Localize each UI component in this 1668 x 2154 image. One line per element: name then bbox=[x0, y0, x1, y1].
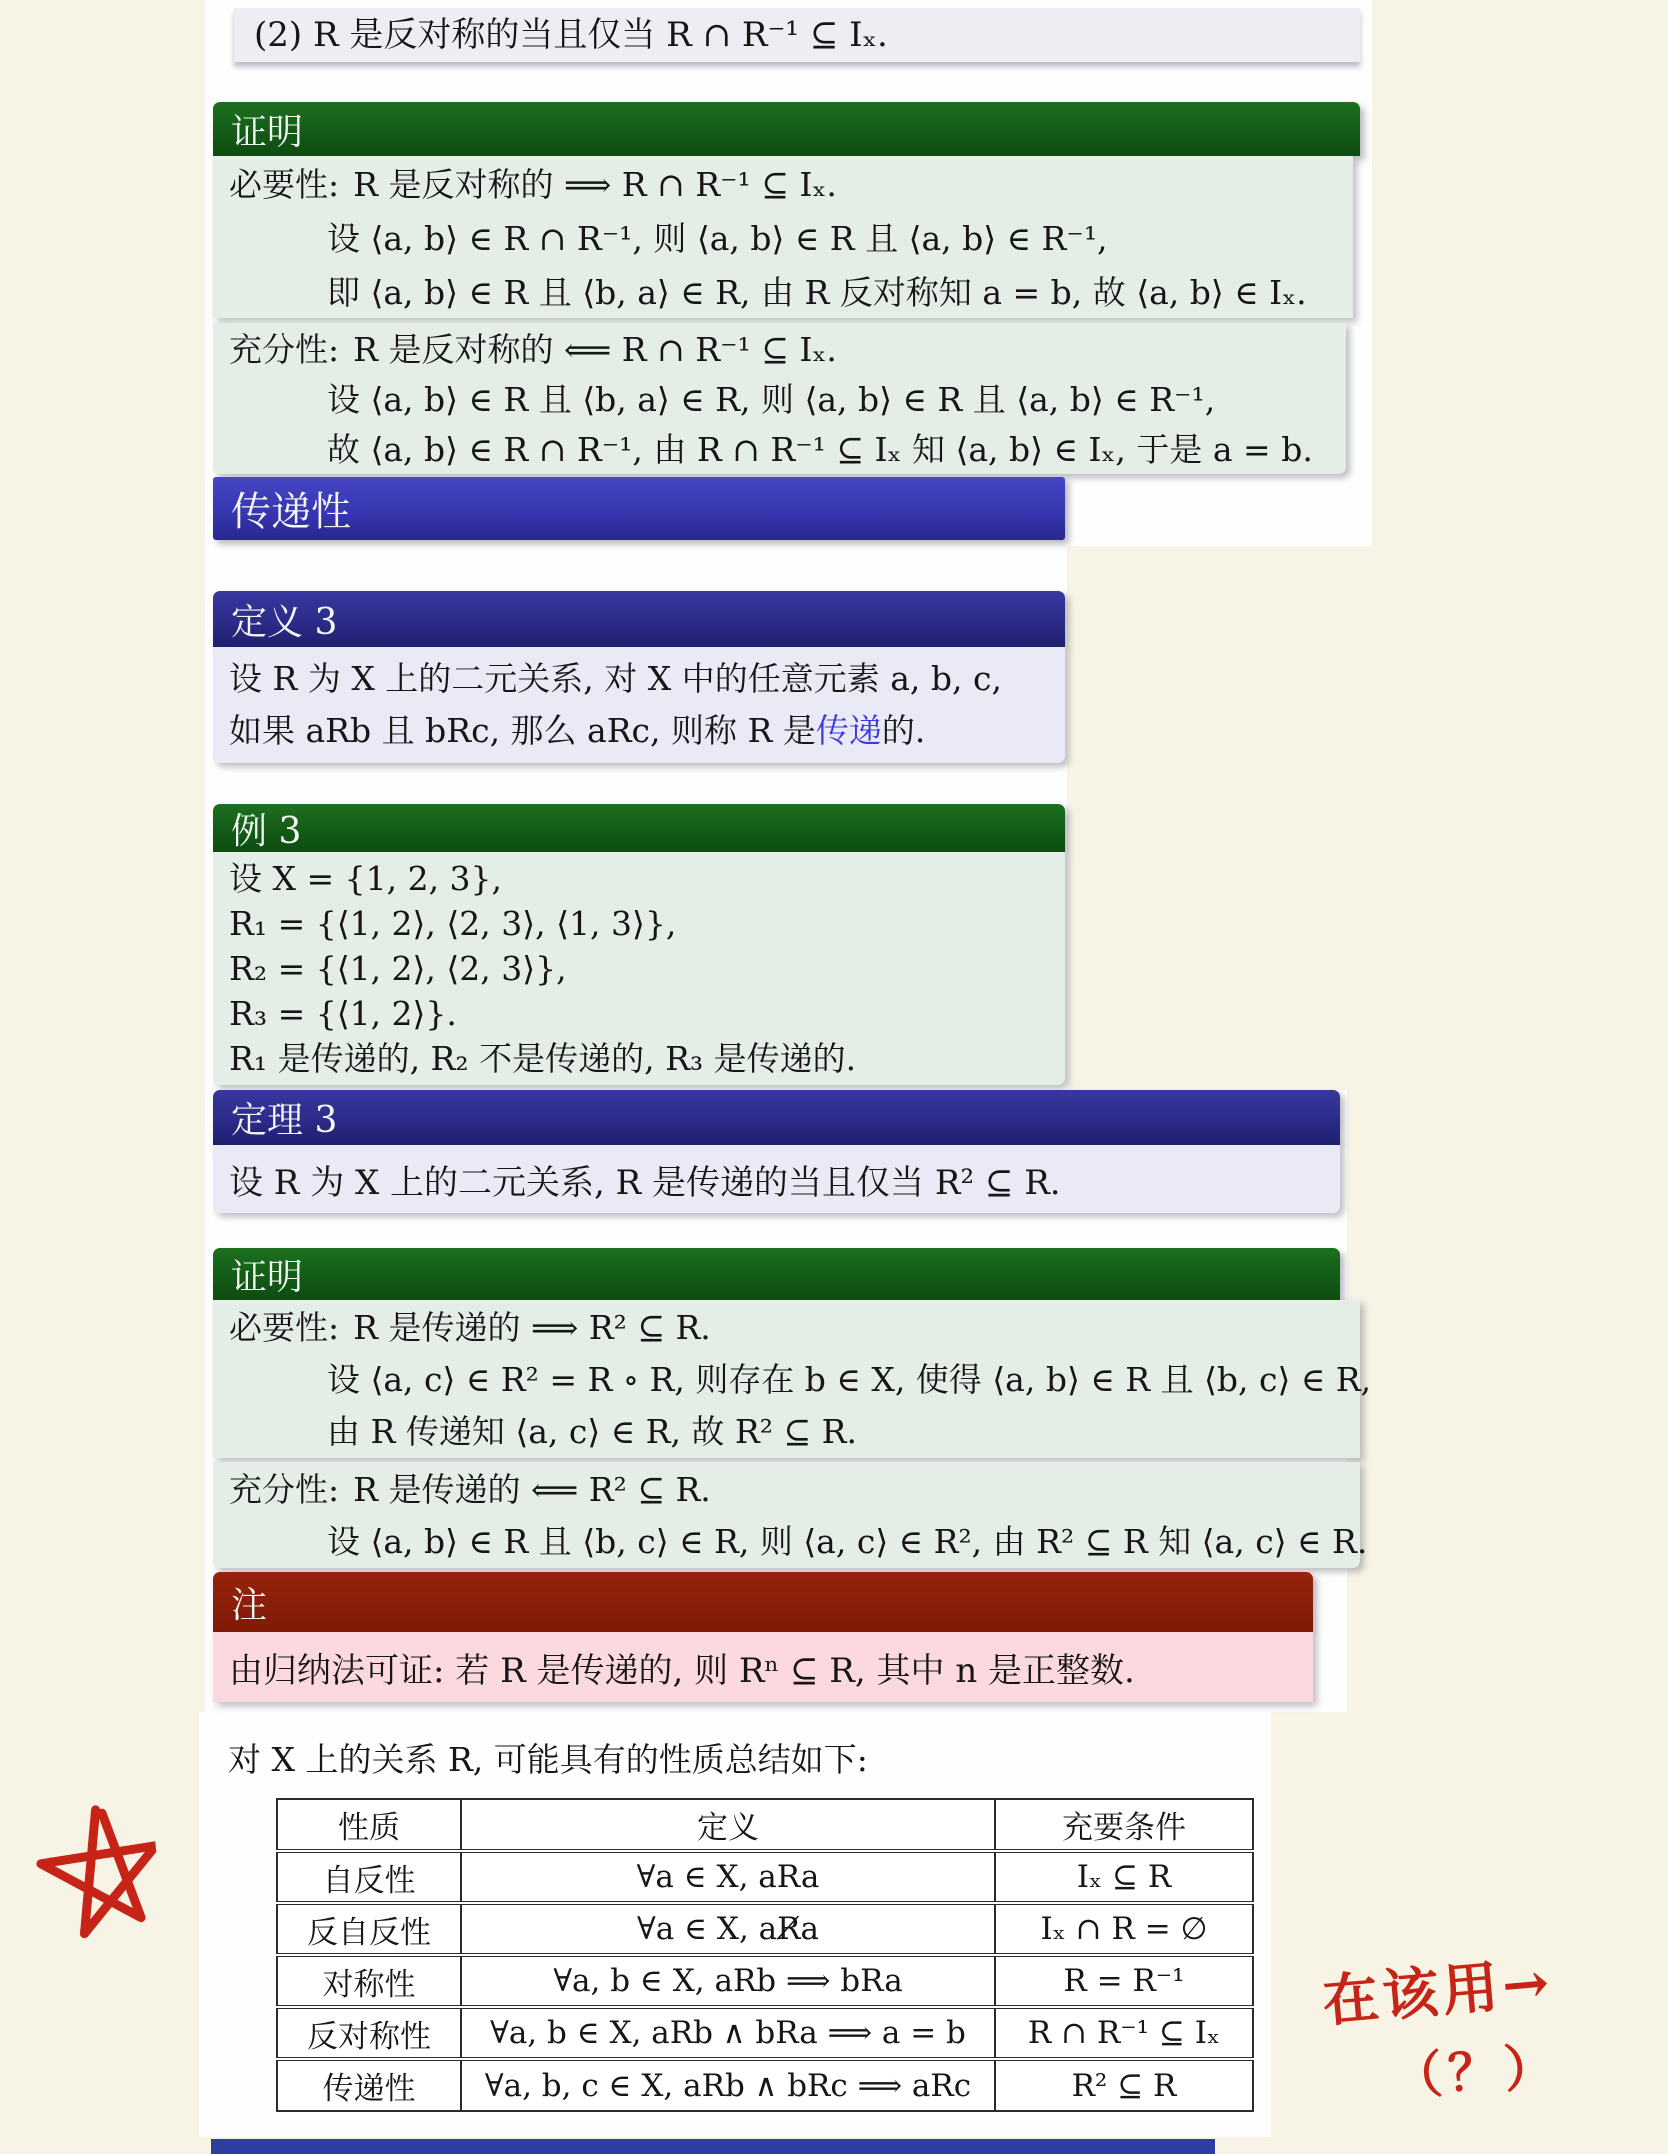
proof-text: R 是反对称的 ⟸ R ∩ R⁻¹ ⊆ Iₓ. bbox=[353, 330, 837, 369]
proof2-header: 证明 bbox=[213, 1248, 1340, 1300]
theorem3-body: 设 R 为 X 上的二元关系, R 是传递的当且仅当 R² ⊆ R. bbox=[213, 1145, 1340, 1213]
necessity-label: 必要性: bbox=[229, 1308, 339, 1347]
example-line: R₂ = {⟨1, 2⟩, ⟨2, 3⟩}, bbox=[229, 946, 1065, 991]
proof-line: 设 ⟨a, b⟩ ∈ R 且 ⟨b, a⟩ ∈ R, 则 ⟨a, b⟩ ∈ R … bbox=[229, 375, 1346, 425]
example3-body: 设 X = {1, 2, 3}, R₁ = {⟨1, 2⟩, ⟨2, 3⟩, ⟨… bbox=[213, 852, 1065, 1085]
cell-property: 自反性 bbox=[277, 1851, 461, 1903]
summary-intro: 对 X 上的关系 R, 可能具有的性质总结如下: bbox=[228, 1735, 1248, 1785]
table-header-row: 性质 定义 充要条件 bbox=[277, 1799, 1253, 1851]
cell-property: 传递性 bbox=[277, 2059, 461, 2111]
proof-line: 必要性:R 是传递的 ⟹ R² ⊆ R. bbox=[229, 1302, 1360, 1354]
note-header-label: 注 bbox=[231, 1577, 267, 1628]
table-row: 自反性 ∀a ∈ X, aRa Iₓ ⊆ R bbox=[277, 1851, 1253, 1903]
cell-property: 对称性 bbox=[277, 1955, 461, 2007]
necessity-label: 必要性: bbox=[229, 165, 339, 204]
note-header: 注 bbox=[213, 1572, 1313, 1632]
hand-drawn-star-icon bbox=[29, 1794, 165, 1948]
statement-text: (2) R 是反对称的当且仅当 R ∩ R⁻¹ ⊆ Iₓ. bbox=[254, 15, 888, 55]
cell-condition: Iₓ ⊆ R bbox=[995, 1851, 1253, 1903]
definition-text: 如果 aRb 且 bRc, 那么 aRc, 则称 R 是 bbox=[229, 711, 816, 750]
next-slide-edge bbox=[211, 2139, 1215, 2154]
proof-text: R 是传递的 ⟸ R² ⊆ R. bbox=[353, 1470, 711, 1509]
proof1-necessity: 必要性:R 是反对称的 ⟹ R ∩ R⁻¹ ⊆ Iₓ. 设 ⟨a, b⟩ ∈ R… bbox=[213, 156, 1353, 318]
cell-condition: R ∩ R⁻¹ ⊆ Iₓ bbox=[995, 2007, 1253, 2059]
cell-condition: R = R⁻¹ bbox=[995, 1955, 1253, 2007]
cell-condition: R² ⊆ R bbox=[995, 2059, 1253, 2111]
cell-definition: ∀a, b ∈ X, aRb ⟹ bRa bbox=[461, 1955, 995, 2007]
definition-text: 的. bbox=[882, 711, 926, 750]
proof-text: R 是传递的 ⟹ R² ⊆ R. bbox=[353, 1308, 711, 1347]
definition3-header-label: 定义 3 bbox=[231, 594, 337, 645]
cell-property: 反自反性 bbox=[277, 1903, 461, 1955]
sufficiency-label: 充分性: bbox=[229, 1470, 339, 1509]
statement-strip: (2) R 是反对称的当且仅当 R ∩ R⁻¹ ⊆ Iₓ. bbox=[234, 8, 1360, 62]
definition3-header: 定义 3 bbox=[213, 591, 1065, 647]
example-line: 设 X = {1, 2, 3}, bbox=[229, 856, 1065, 901]
table-row: 反对称性 ∀a, b ∈ X, aRb ∧ bRa ⟹ a = b R ∩ R⁻… bbox=[277, 2007, 1253, 2059]
cell-definition: ∀a ∈ X, aR̸a bbox=[461, 1903, 995, 1955]
theorem3-header-label: 定理 3 bbox=[231, 1092, 337, 1143]
proof-line: 故 ⟨a, b⟩ ∈ R ∩ R⁻¹, 由 R ∩ R⁻¹ ⊆ Iₓ 知 ⟨a,… bbox=[229, 425, 1346, 475]
proof1-header-label: 证明 bbox=[231, 104, 303, 155]
sufficiency-label: 充分性: bbox=[229, 330, 339, 369]
example3-header: 例 3 bbox=[213, 804, 1065, 852]
section-header-transitivity: 传递性 bbox=[213, 477, 1065, 540]
proof1-header: 证明 bbox=[213, 102, 1360, 156]
col-header-definition: 定义 bbox=[461, 1799, 995, 1851]
proof-line: 充分性:R 是传递的 ⟸ R² ⊆ R. bbox=[229, 1464, 1360, 1516]
proof2-necessity: 必要性:R 是传递的 ⟹ R² ⊆ R. 设 ⟨a, c⟩ ∈ R² = R ∘… bbox=[213, 1300, 1360, 1458]
lecture-slide-page: (2) R 是反对称的当且仅当 R ∩ R⁻¹ ⊆ Iₓ. 证明 必要性:R 是… bbox=[0, 0, 1668, 2154]
col-header-property: 性质 bbox=[277, 1799, 461, 1851]
proof-line: 设 ⟨a, c⟩ ∈ R² = R ∘ R, 则存在 b ∈ X, 使得 ⟨a,… bbox=[229, 1354, 1360, 1406]
handwritten-note-line2: （？） bbox=[1390, 2026, 1563, 2110]
proof-line: 设 ⟨a, b⟩ ∈ R 且 ⟨b, c⟩ ∈ R, 则 ⟨a, c⟩ ∈ R²… bbox=[229, 1516, 1360, 1568]
proof1-sufficiency: 充分性:R 是反对称的 ⟸ R ∩ R⁻¹ ⊆ Iₓ. 设 ⟨a, b⟩ ∈ R… bbox=[213, 323, 1346, 474]
table-row: 对称性 ∀a, b ∈ X, aRb ⟹ bRa R = R⁻¹ bbox=[277, 1955, 1253, 2007]
handwritten-note-line1: 在该用→ bbox=[1319, 1938, 1556, 2038]
cell-property: 反对称性 bbox=[277, 2007, 461, 2059]
col-header-condition: 充要条件 bbox=[995, 1799, 1253, 1851]
cell-definition: ∀a, b, c ∈ X, aRb ∧ bRc ⟹ aRc bbox=[461, 2059, 995, 2111]
table-row: 反自反性 ∀a ∈ X, aR̸a Iₓ ∩ R = ∅ bbox=[277, 1903, 1253, 1955]
example-line: R₁ = {⟨1, 2⟩, ⟨2, 3⟩, ⟨1, 3⟩}, bbox=[229, 901, 1065, 946]
cell-definition: ∀a ∈ X, aRa bbox=[461, 1851, 995, 1903]
cell-definition: ∀a, b ∈ X, aRb ∧ bRa ⟹ a = b bbox=[461, 2007, 995, 2059]
highlight-term: 传递 bbox=[816, 711, 882, 750]
proof-line: 由 R 传递知 ⟨a, c⟩ ∈ R, 故 R² ⊆ R. bbox=[229, 1406, 1360, 1458]
section-title: 传递性 bbox=[231, 480, 351, 537]
proof2-header-label: 证明 bbox=[231, 1249, 303, 1300]
proof-text: R 是反对称的 ⟹ R ∩ R⁻¹ ⊆ Iₓ. bbox=[353, 165, 837, 204]
proof-line: 必要性:R 是反对称的 ⟹ R ∩ R⁻¹ ⊆ Iₓ. bbox=[229, 158, 1353, 212]
note-text: 由归纳法可证: 若 R 是传递的, 则 Rⁿ ⊆ R, 其中 n 是正整数. bbox=[229, 1643, 1135, 1692]
definition-line: 设 R 为 X 上的二元关系, 对 X 中的任意元素 a, b, c, bbox=[229, 653, 1065, 705]
proof-line: 充分性:R 是反对称的 ⟸ R ∩ R⁻¹ ⊆ Iₓ. bbox=[229, 325, 1346, 375]
example-line: R₃ = {⟨1, 2⟩}. bbox=[229, 991, 1065, 1036]
cell-condition: Iₓ ∩ R = ∅ bbox=[995, 1903, 1253, 1955]
definition3-body: 设 R 为 X 上的二元关系, 对 X 中的任意元素 a, b, c, 如果 a… bbox=[213, 647, 1065, 763]
theorem3-text: 设 R 为 X 上的二元关系, R 是传递的当且仅当 R² ⊆ R. bbox=[229, 1155, 1061, 1204]
definition-line: 如果 aRb 且 bRc, 那么 aRc, 则称 R 是传递的. bbox=[229, 705, 1065, 757]
proof2-sufficiency: 充分性:R 是传递的 ⟸ R² ⊆ R. 设 ⟨a, b⟩ ∈ R 且 ⟨b, … bbox=[213, 1462, 1360, 1568]
example-line: R₁ 是传递的, R₂ 不是传递的, R₃ 是传递的. bbox=[229, 1036, 1065, 1081]
table-row: 传递性 ∀a, b, c ∈ X, aRb ∧ bRc ⟹ aRc R² ⊆ R bbox=[277, 2059, 1253, 2111]
example3-header-label: 例 3 bbox=[231, 803, 301, 854]
proof-line: 设 ⟨a, b⟩ ∈ R ∩ R⁻¹, 则 ⟨a, b⟩ ∈ R 且 ⟨a, b… bbox=[229, 212, 1353, 266]
properties-summary-table: 性质 定义 充要条件 自反性 ∀a ∈ X, aRa Iₓ ⊆ R 反自反性 ∀… bbox=[276, 1798, 1254, 2112]
note-body: 由归纳法可证: 若 R 是传递的, 则 Rⁿ ⊆ R, 其中 n 是正整数. bbox=[213, 1632, 1313, 1702]
theorem3-header: 定理 3 bbox=[213, 1090, 1340, 1145]
proof-line: 即 ⟨a, b⟩ ∈ R 且 ⟨b, a⟩ ∈ R, 由 R 反对称知 a = … bbox=[229, 266, 1353, 320]
